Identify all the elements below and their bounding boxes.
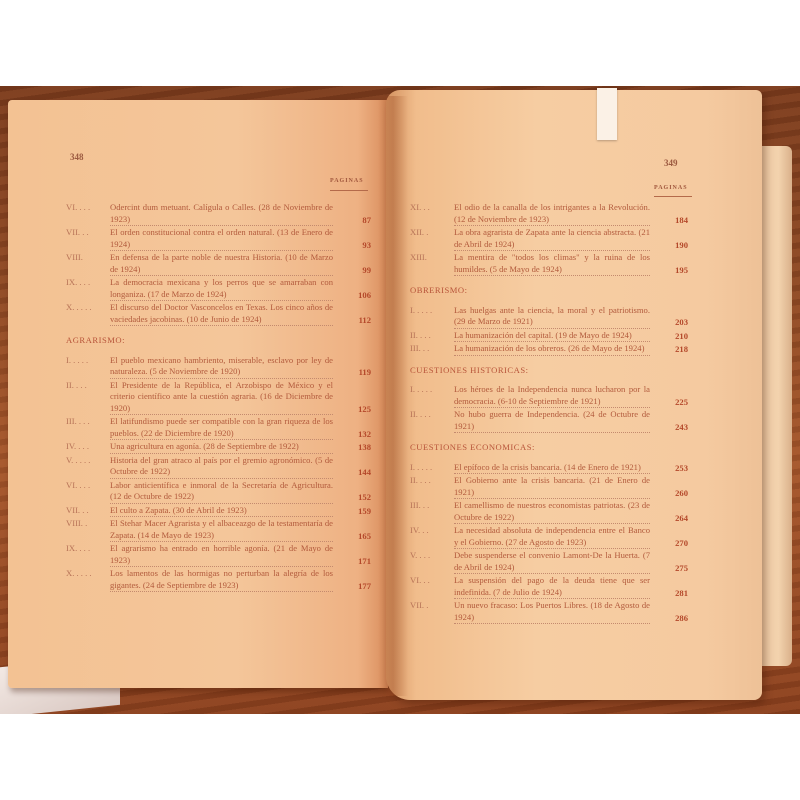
entry-title: Debe suspenderse el convenio Lamont-De l…	[454, 550, 650, 574]
toc-entry: III. . .La humanización de los obreros. …	[410, 343, 688, 356]
right-page: 349 PAGINAS XI. . .El odio de la canalla…	[386, 90, 762, 700]
entry-number: III. . . .	[66, 416, 106, 428]
entry-title: El orden constitucional contra el orden …	[110, 227, 333, 251]
entry-number: VI. . .	[410, 575, 450, 587]
entry-number: VIII.	[66, 252, 106, 264]
entry-page-number: 195	[675, 265, 688, 277]
toc-entry: VI. . . .Labor anticientífica e inmoral …	[66, 480, 371, 504]
section-heading-agrarismo: AGRARISMO:	[66, 335, 371, 347]
entry-title: La democracia mexicana y los perros que …	[110, 277, 333, 301]
entry-number: II. . . .	[410, 409, 450, 421]
entry-page-number: 203	[675, 317, 688, 329]
toc-entry: VIII. .El Stehar Macer Agrarista y el al…	[66, 518, 371, 542]
entry-number: VII. . .	[66, 227, 106, 239]
left-page: 348 PAGINAS VI. . . .Odercint dum metuan…	[8, 100, 388, 688]
bookmark-ribbon	[597, 88, 617, 140]
section-heading: CUESTIONES ECONOMICAS:	[410, 442, 688, 454]
entry-number: XI. . .	[410, 202, 450, 214]
toc-entry: XII. .La obra agrarista de Zapata ante l…	[410, 227, 688, 251]
entry-page-number: 275	[675, 563, 688, 575]
toc-entry: VII. . .El orden constitucional contra e…	[66, 227, 371, 251]
entry-title: Los héroes de la Independencia nunca luc…	[454, 384, 650, 408]
entry-title: La humanización de los obreros. (26 de M…	[454, 343, 650, 356]
toc-entry: XIII.La mentira de "todos los climas" y …	[410, 252, 688, 276]
left-paginas-label: PAGINAS	[330, 178, 364, 184]
entry-number: I. . . . .	[410, 384, 450, 396]
entry-title: Un nuevo fracaso: Los Puertos Libres. (1…	[454, 600, 650, 624]
entry-number: I. . . . .	[410, 305, 450, 317]
entry-title: El epífoco de la crisis bancaria. (14 de…	[454, 462, 650, 475]
entry-title: El camellismo de nuestros economistas pa…	[454, 500, 650, 524]
entry-page-number: 165	[358, 531, 371, 543]
entry-page-number: 218	[675, 344, 688, 356]
entry-title: El agrarismo ha entrado en horrible agon…	[110, 543, 333, 567]
entry-number: IX. . . .	[66, 543, 106, 555]
entry-title: El culto a Zapata. (30 de Abril de 1923)	[110, 505, 333, 518]
entry-page-number: 225	[675, 397, 688, 409]
toc-entry: I. . . . .El pueblo mexicano hambriento,…	[66, 355, 371, 379]
entry-title: El Presidente de la República, el Arzobi…	[110, 380, 333, 416]
entry-page-number: 152	[358, 492, 371, 504]
entry-number: V. . . .	[410, 550, 450, 562]
entry-page-number: 119	[359, 367, 371, 379]
entry-title: El latifundismo puede ser compatible con…	[110, 416, 333, 440]
toc-entry: II. . . .No hubo guerra de Independencia…	[410, 409, 688, 433]
entry-number: I. . . . .	[410, 462, 450, 474]
right-paginas-label: PAGINAS	[654, 185, 688, 191]
entry-page-number: 210	[675, 331, 688, 343]
toc-entry: III. . . .El latifundismo puede ser comp…	[66, 416, 371, 440]
entry-page-number: 281	[675, 588, 688, 600]
toc-entry: XI. . .El odio de la canalla de los intr…	[410, 202, 688, 226]
entry-title: El discurso del Doctor Vasconcelos en Te…	[110, 302, 333, 326]
entry-number: III. . .	[410, 343, 450, 355]
entry-number: XIII.	[410, 252, 450, 264]
entry-page-number: 106	[358, 290, 371, 302]
left-folio: 348	[70, 152, 84, 162]
entry-title: Labor anticientífica e inmoral de la Sec…	[110, 480, 333, 504]
entry-page-number: 190	[675, 240, 688, 252]
entry-title: La mentira de "todos los climas" y la ru…	[454, 252, 650, 276]
entry-page-number: 112	[359, 315, 371, 327]
entry-page-number: 125	[358, 404, 371, 416]
section-heading: CUESTIONES HISTORICAS:	[410, 365, 688, 377]
entry-title: Los lamentos de las hormigas no perturba…	[110, 568, 333, 592]
toc-entry: IX. . . .La democracia mexicana y los pe…	[66, 277, 371, 301]
entry-page-number: 159	[358, 506, 371, 518]
entry-number: IV. . . .	[66, 441, 106, 453]
entry-title: En defensa de la parte noble de nuestra …	[110, 252, 333, 276]
entry-number: III. . .	[410, 500, 450, 512]
entry-number: II. . . .	[66, 380, 106, 392]
entry-title: El Gobierno ante la crisis bancaria. (21…	[454, 475, 650, 499]
entry-title: La necesidad absoluta de independencia e…	[454, 525, 650, 549]
entry-title: La suspensión del pago de la deuda tiene…	[454, 575, 650, 599]
toc-entry: I. . . . .Los héroes de la Independencia…	[410, 384, 688, 408]
toc-entry: VII. . .El culto a Zapata. (30 de Abril …	[66, 505, 371, 518]
right-toc: XI. . .El odio de la canalla de los intr…	[410, 202, 688, 625]
toc-entry: IV. . . .Una agricultura en agonía. (28 …	[66, 441, 371, 454]
entry-number: VII. . .	[66, 505, 106, 517]
entry-title: Las huelgas ante la ciencia, la moral y …	[454, 305, 650, 329]
entry-page-number: 171	[358, 556, 371, 568]
section-heading: OBRERISMO:	[410, 285, 688, 297]
entry-number: VI. . . .	[66, 480, 106, 492]
entry-page-number: 87	[362, 215, 371, 227]
toc-entry: X. . . . .Los lamentos de las hormigas n…	[66, 568, 371, 592]
entry-title: No hubo guerra de Independencia. (24 de …	[454, 409, 650, 433]
entry-number: VII. .	[410, 600, 450, 612]
toc-entry: VI. . . .Odercint dum metuant. Calígula …	[66, 202, 371, 226]
book-photo: 348 PAGINAS VI. . . .Odercint dum metuan…	[0, 86, 800, 714]
entry-number: II. . . .	[410, 330, 450, 342]
entry-page-number: 270	[675, 538, 688, 550]
entry-number: XII. .	[410, 227, 450, 239]
entry-number: X. . . . .	[66, 568, 106, 580]
entry-page-number: 184	[675, 215, 688, 227]
right-paginas-rule	[654, 196, 692, 197]
toc-entry: VI. . .La suspensión del pago de la deud…	[410, 575, 688, 599]
toc-entry: I. . . . .Las huelgas ante la ciencia, l…	[410, 305, 688, 329]
toc-entry: IV. . .La necesidad absoluta de independ…	[410, 525, 688, 549]
entry-title: Historia del gran atraco al país por el …	[110, 455, 333, 479]
toc-entry: II. . . .El Gobierno ante la crisis banc…	[410, 475, 688, 499]
left-paginas-rule	[330, 190, 368, 191]
entry-title: El odio de la canalla de los intrigantes…	[454, 202, 650, 226]
toc-entry: VIII.En defensa de la parte noble de nue…	[66, 252, 371, 276]
entry-number: II. . . .	[410, 475, 450, 487]
entry-page-number: 99	[362, 265, 371, 277]
entry-number: VIII. .	[66, 518, 106, 530]
entry-title: Odercint dum metuant. Calígula o Calles.…	[110, 202, 333, 226]
toc-entry: VII. .Un nuevo fracaso: Los Puertos Libr…	[410, 600, 688, 624]
entry-page-number: 138	[358, 442, 371, 454]
toc-entry: II. . . .La humanización del capital. (1…	[410, 330, 688, 343]
toc-entry: II. . . .El Presidente de la República, …	[66, 380, 371, 416]
toc-entry: III. . .El camellismo de nuestros econom…	[410, 500, 688, 524]
entry-page-number: 144	[358, 467, 371, 479]
entry-number: IX. . . .	[66, 277, 106, 289]
entry-title: El pueblo mexicano hambriento, miserable…	[110, 355, 333, 379]
toc-entry: I. . . . .El epífoco de la crisis bancar…	[410, 462, 688, 475]
entry-page-number: 132	[358, 429, 371, 441]
entry-page-number: 253	[675, 463, 688, 475]
entry-number: IV. . .	[410, 525, 450, 537]
entry-title: La obra agrarista de Zapata ante la cien…	[454, 227, 650, 251]
book-gutter	[378, 96, 408, 696]
page-edges	[758, 146, 792, 666]
entry-page-number: 93	[362, 240, 371, 252]
entry-page-number: 177	[358, 581, 371, 593]
left-toc: VI. . . .Odercint dum metuant. Calígula …	[66, 202, 371, 593]
entry-title: La humanización del capital. (19 de Mayo…	[454, 330, 650, 343]
entry-page-number: 260	[675, 488, 688, 500]
toc-entry: V. . . . .Historia del gran atraco al pa…	[66, 455, 371, 479]
toc-entry: X. . . . .El discurso del Doctor Vasconc…	[66, 302, 371, 326]
entry-page-number: 243	[675, 422, 688, 434]
toc-entry: IX. . . .El agrarismo ha entrado en horr…	[66, 543, 371, 567]
entry-title: El Stehar Macer Agrarista y el albaceazg…	[110, 518, 333, 542]
toc-entry: V. . . .Debe suspenderse el convenio Lam…	[410, 550, 688, 574]
entry-page-number: 264	[675, 513, 688, 525]
entry-number: V. . . . .	[66, 455, 106, 467]
right-folio: 349	[664, 158, 678, 168]
entry-number: X. . . . .	[66, 302, 106, 314]
entry-title: Una agricultura en agonía. (28 de Septie…	[110, 441, 333, 454]
entry-number: VI. . . .	[66, 202, 106, 214]
entry-page-number: 286	[675, 613, 688, 625]
entry-number: I. . . . .	[66, 355, 106, 367]
